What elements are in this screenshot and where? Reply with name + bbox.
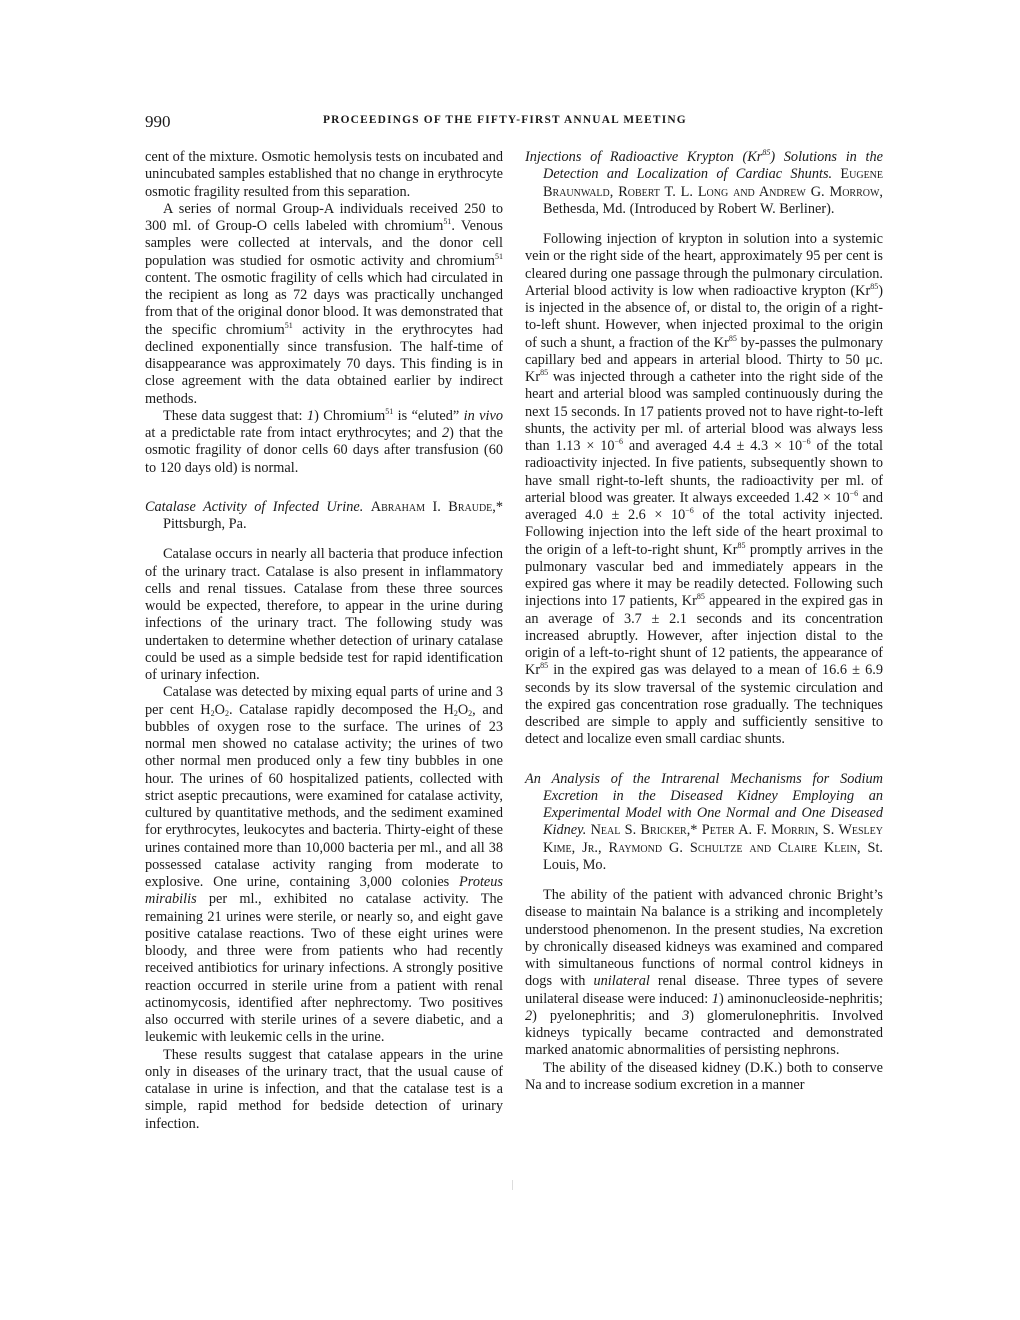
- continuation-paragraph-3: These data suggest that: 1) Chromium51 i…: [145, 408, 503, 477]
- text-span: in the expired gas was delayed to a mean…: [525, 662, 883, 747]
- text-span: is “eluted”: [393, 408, 463, 424]
- article-heading-sodium: An Analysis of the Intrarenal Mechanisms…: [525, 771, 883, 875]
- italic-term: in vivo: [464, 408, 503, 424]
- article-title: Injections of Radioactive Krypton (Kr85)…: [525, 149, 883, 182]
- article-authors: Neal S. Bricker,* Peter A. F. Morrin, S.…: [543, 822, 883, 855]
- text-span: ) aminonucleoside-nephritis;: [719, 991, 883, 1007]
- text-span: These data suggest that:: [163, 408, 307, 424]
- krypton-paragraph-1: Following injection of krypton in soluti…: [525, 231, 883, 749]
- catalase-paragraph-3: These results suggest that catalase appe…: [145, 1047, 503, 1133]
- sodium-paragraph-2: The ability of the diseased kidney (D.K.…: [525, 1060, 883, 1095]
- superscript: 85: [540, 661, 548, 670]
- superscript: −6: [615, 437, 624, 446]
- text-span: O: [458, 702, 468, 718]
- continuation-paragraph-2: A series of normal Group-A individuals r…: [145, 201, 503, 408]
- superscript: 51: [285, 321, 293, 330]
- list-number: 1: [712, 991, 719, 1007]
- superscript: −6: [850, 489, 859, 498]
- article-location: Bethesda, Md.: [543, 201, 626, 217]
- article-introduced-by: (Introduced by Robert W. Berliner).: [630, 201, 835, 217]
- superscript: 85: [697, 592, 705, 601]
- continuation-paragraph-1: cent of the mixture. Osmotic hemolysis t…: [145, 149, 503, 201]
- superscript: −6: [802, 437, 811, 446]
- article-title: Catalase Activity of Infected Urine.: [145, 499, 363, 515]
- italic-term: unilateral: [593, 973, 649, 989]
- text-span: at a predictable rate from intact erythr…: [145, 425, 442, 441]
- text-span: per ml., exhibited no catalase activity.…: [145, 891, 503, 1045]
- right-column: Injections of Radioactive Krypton (Kr85)…: [525, 149, 883, 1094]
- sodium-paragraph-1: The ability of the patient with advanced…: [525, 887, 883, 1060]
- text-span: Injections of Radioactive Krypton (Kr: [525, 149, 762, 165]
- catalase-paragraph-2: Catalase was detected by mixing equal pa…: [145, 684, 503, 1046]
- superscript: 85: [738, 541, 746, 550]
- text-span: ) Chromium: [314, 408, 385, 424]
- scan-mark: [512, 1180, 513, 1190]
- text-span: , and bubbles of oxygen rose to the surf…: [145, 702, 503, 891]
- superscript: 85: [729, 334, 737, 343]
- page-header: 990 PROCEEDINGS OF THE FIFTY-FIRST ANNUA…: [145, 112, 708, 132]
- article-heading-krypton: Injections of Radioactive Krypton (Kr85)…: [525, 149, 883, 218]
- text-span: O: [215, 702, 225, 718]
- article-location: Pittsburgh, Pa.: [163, 516, 247, 532]
- superscript: 51: [495, 252, 503, 261]
- article-heading-catalase: Catalase Activity of Infected Urine. Abr…: [145, 499, 503, 534]
- list-number: 1: [307, 408, 314, 424]
- running-head: PROCEEDINGS OF THE FIFTY-FIRST ANNUAL ME…: [323, 114, 687, 126]
- text-span: ) pyelonephritis; and: [532, 1008, 682, 1024]
- text-span: . Catalase rapidly decomposed the H: [229, 702, 454, 718]
- catalase-paragraph-1: Catalase occurs in nearly all bacteria t…: [145, 546, 503, 684]
- superscript: −6: [685, 506, 694, 515]
- text-span: and averaged 4.4 ± 4.3 × 10: [623, 438, 802, 454]
- article-authors: Abraham I. Braude,*: [371, 499, 503, 515]
- left-column: cent of the mixture. Osmotic hemolysis t…: [145, 149, 503, 1133]
- page-number: 990: [145, 112, 171, 132]
- superscript: 85: [540, 368, 548, 377]
- text-span: Following injection of krypton in soluti…: [525, 231, 883, 299]
